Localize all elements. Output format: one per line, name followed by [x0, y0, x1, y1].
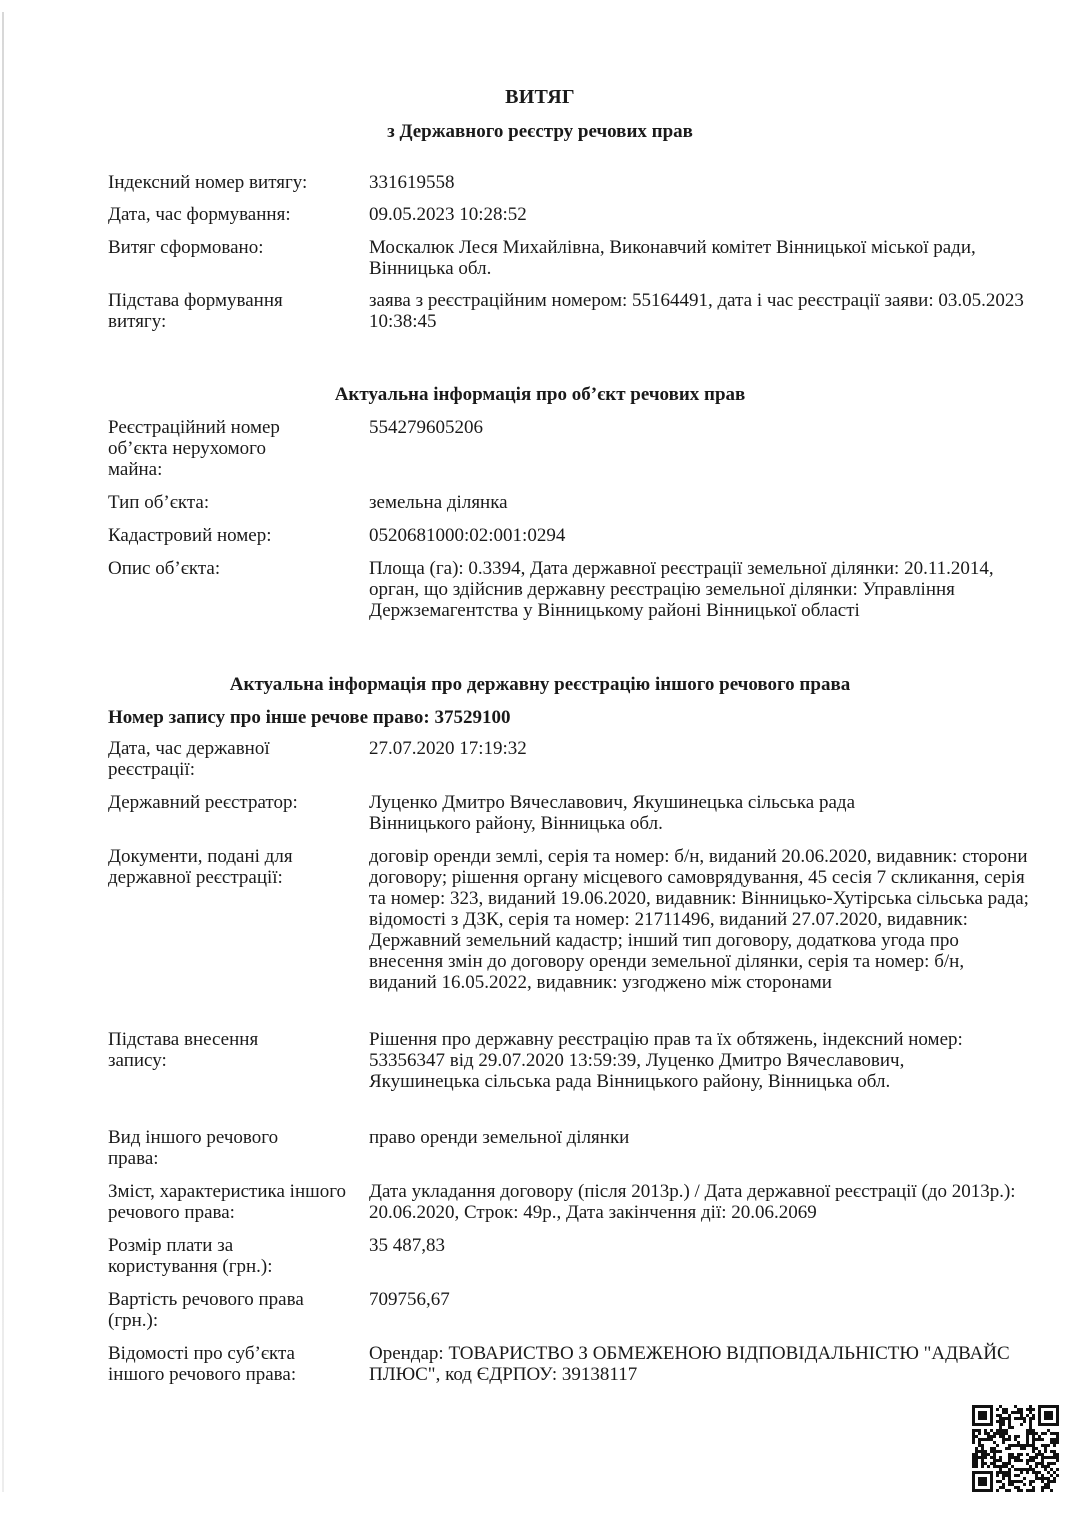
object-section-title: Актуальна інформація про об’єкт речових …: [0, 384, 1080, 406]
field-label: Вид іншого речового права:: [108, 1127, 318, 1169]
field-value: договір оренди землі, серія та номер: б/…: [369, 846, 1034, 993]
field-value: право оренди земельної ділянки: [369, 1127, 1034, 1148]
field-value: 331619558: [369, 172, 1034, 193]
field-value: Рішення про державну реєстрацію прав та …: [369, 1029, 1009, 1092]
field-label: Документи, подані для державної реєстрац…: [108, 846, 333, 888]
record-number-title: Номер запису про інше речове право: 3752…: [108, 707, 510, 729]
field-label: Витяг сформовано:: [108, 237, 358, 258]
field-label: Індексний номер витягу:: [108, 172, 358, 193]
field-value: 554279605206: [369, 417, 1034, 438]
field-label: Тип об’єкта:: [108, 492, 358, 513]
scan-edge: [2, 12, 4, 1492]
field-value: 709756,67: [369, 1289, 1034, 1310]
document-title: ВИТЯГ: [0, 86, 1080, 109]
field-label: Відомості про суб’єкта іншого речового п…: [108, 1343, 338, 1385]
field-value: Луценко Дмитро Вячеславович, Якушинецька…: [369, 792, 949, 834]
field-label: Підстава внесення запису:: [108, 1029, 298, 1071]
field-value: заява з реєстраційним номером: 55164491,…: [369, 290, 1034, 332]
field-value: Площа (га): 0.3394, Дата державної реєст…: [369, 558, 999, 621]
document-subtitle: з Державного реєстру речових прав: [0, 121, 1080, 143]
field-label: Дата, час державної реєстрації:: [108, 738, 308, 780]
right-section-title: Актуальна інформація про державну реєстр…: [0, 674, 1080, 696]
field-label: Опис об’єкта:: [108, 558, 358, 579]
field-label: Реєстраційний номер об’єкта нерухомого м…: [108, 417, 318, 480]
field-label: Вартість речового права (грн.):: [108, 1289, 358, 1331]
field-value: Дата укладання договору (після 2013р.) /…: [369, 1181, 1034, 1223]
qr-code-icon: [972, 1405, 1059, 1492]
field-label: Підстава формування витягу:: [108, 290, 328, 332]
field-label: Державний реєстратор:: [108, 792, 358, 813]
field-label: Кадастровий номер:: [108, 525, 358, 546]
field-value: 27.07.2020 17:19:32: [369, 738, 1034, 759]
field-label: Розмір плати за користування (грн.):: [108, 1235, 308, 1277]
field-value: 09.05.2023 10:28:52: [369, 204, 1034, 225]
field-value: 35 487,83: [369, 1235, 1034, 1256]
field-label: Зміст, характеристика іншого речового пр…: [108, 1181, 358, 1223]
field-value: Орендар: ТОВАРИСТВО З ОБМЕЖЕНОЮ ВІДПОВІД…: [369, 1343, 1029, 1385]
field-value: Москалюк Леся Михайлівна, Виконавчий ком…: [369, 237, 1034, 279]
field-label: Дата, час формування:: [108, 204, 358, 225]
field-value: 0520681000:02:001:0294: [369, 525, 1034, 546]
field-value: земельна ділянка: [369, 492, 1034, 513]
